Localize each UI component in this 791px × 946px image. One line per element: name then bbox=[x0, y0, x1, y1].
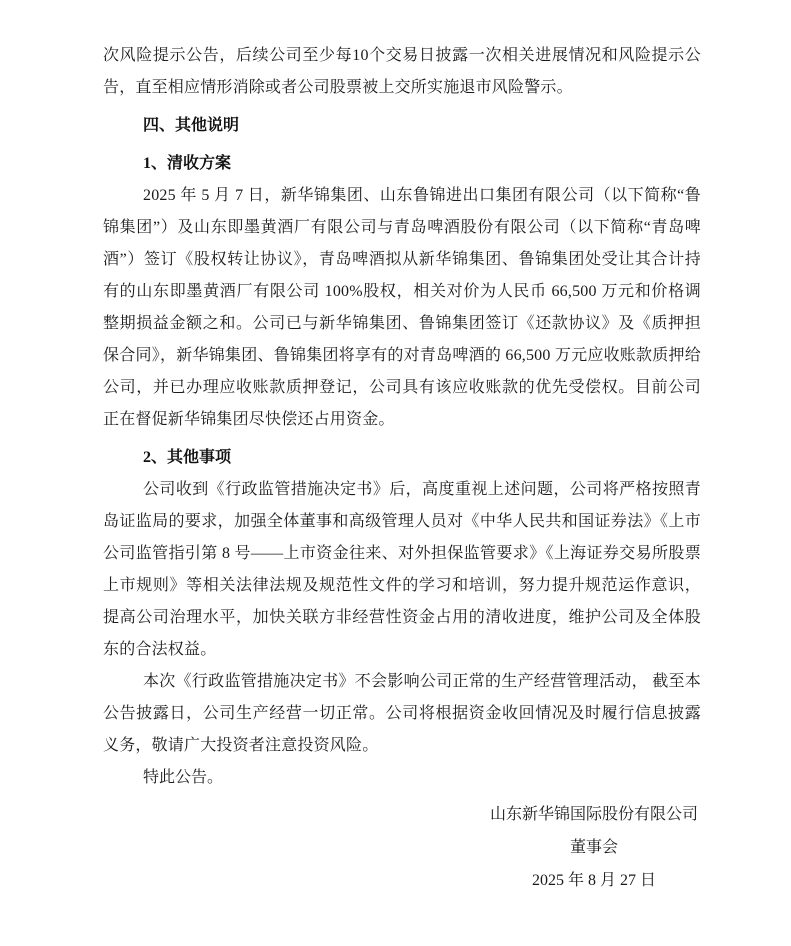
paragraph-collection-plan: 2025 年 5 月 7 日，新华锦集团、山东鲁锦进出口集团有限公司（以下简称“… bbox=[103, 180, 701, 436]
signature-company-name: 山东新华锦国际股份有限公司 bbox=[487, 798, 701, 831]
announcement-page: 次风险提示公告，后续公司至少每10个交易日披露一次相关进展情况和风险提示公告，直… bbox=[0, 0, 791, 946]
heading-other-matters: 2、其他事项 bbox=[103, 442, 701, 474]
paragraph-risk-warning-continuation: 次风险提示公告，后续公司至少每10个交易日披露一次相关进展情况和风险提示公告，直… bbox=[103, 40, 701, 104]
heading-collection-plan: 1、清收方案 bbox=[103, 148, 701, 180]
signature-date: 2025 年 8 月 27 日 bbox=[487, 864, 701, 897]
closing-statement: 特此公告。 bbox=[103, 762, 701, 794]
heading-other-notes: 四、其他说明 bbox=[103, 110, 701, 142]
signature-block: 山东新华锦国际股份有限公司 董事会 2025 年 8 月 27 日 bbox=[487, 798, 701, 897]
paragraph-other-matters-1: 公司收到《行政监管措施决定书》后，高度重视上述问题，公司将严格按照青岛证监局的要… bbox=[103, 474, 701, 666]
paragraph-other-matters-2: 本次《行政监管措施决定书》不会影响公司正常的生产经营管理活动， 截至本公告披露日… bbox=[103, 666, 701, 762]
signature-board: 董事会 bbox=[487, 831, 701, 864]
